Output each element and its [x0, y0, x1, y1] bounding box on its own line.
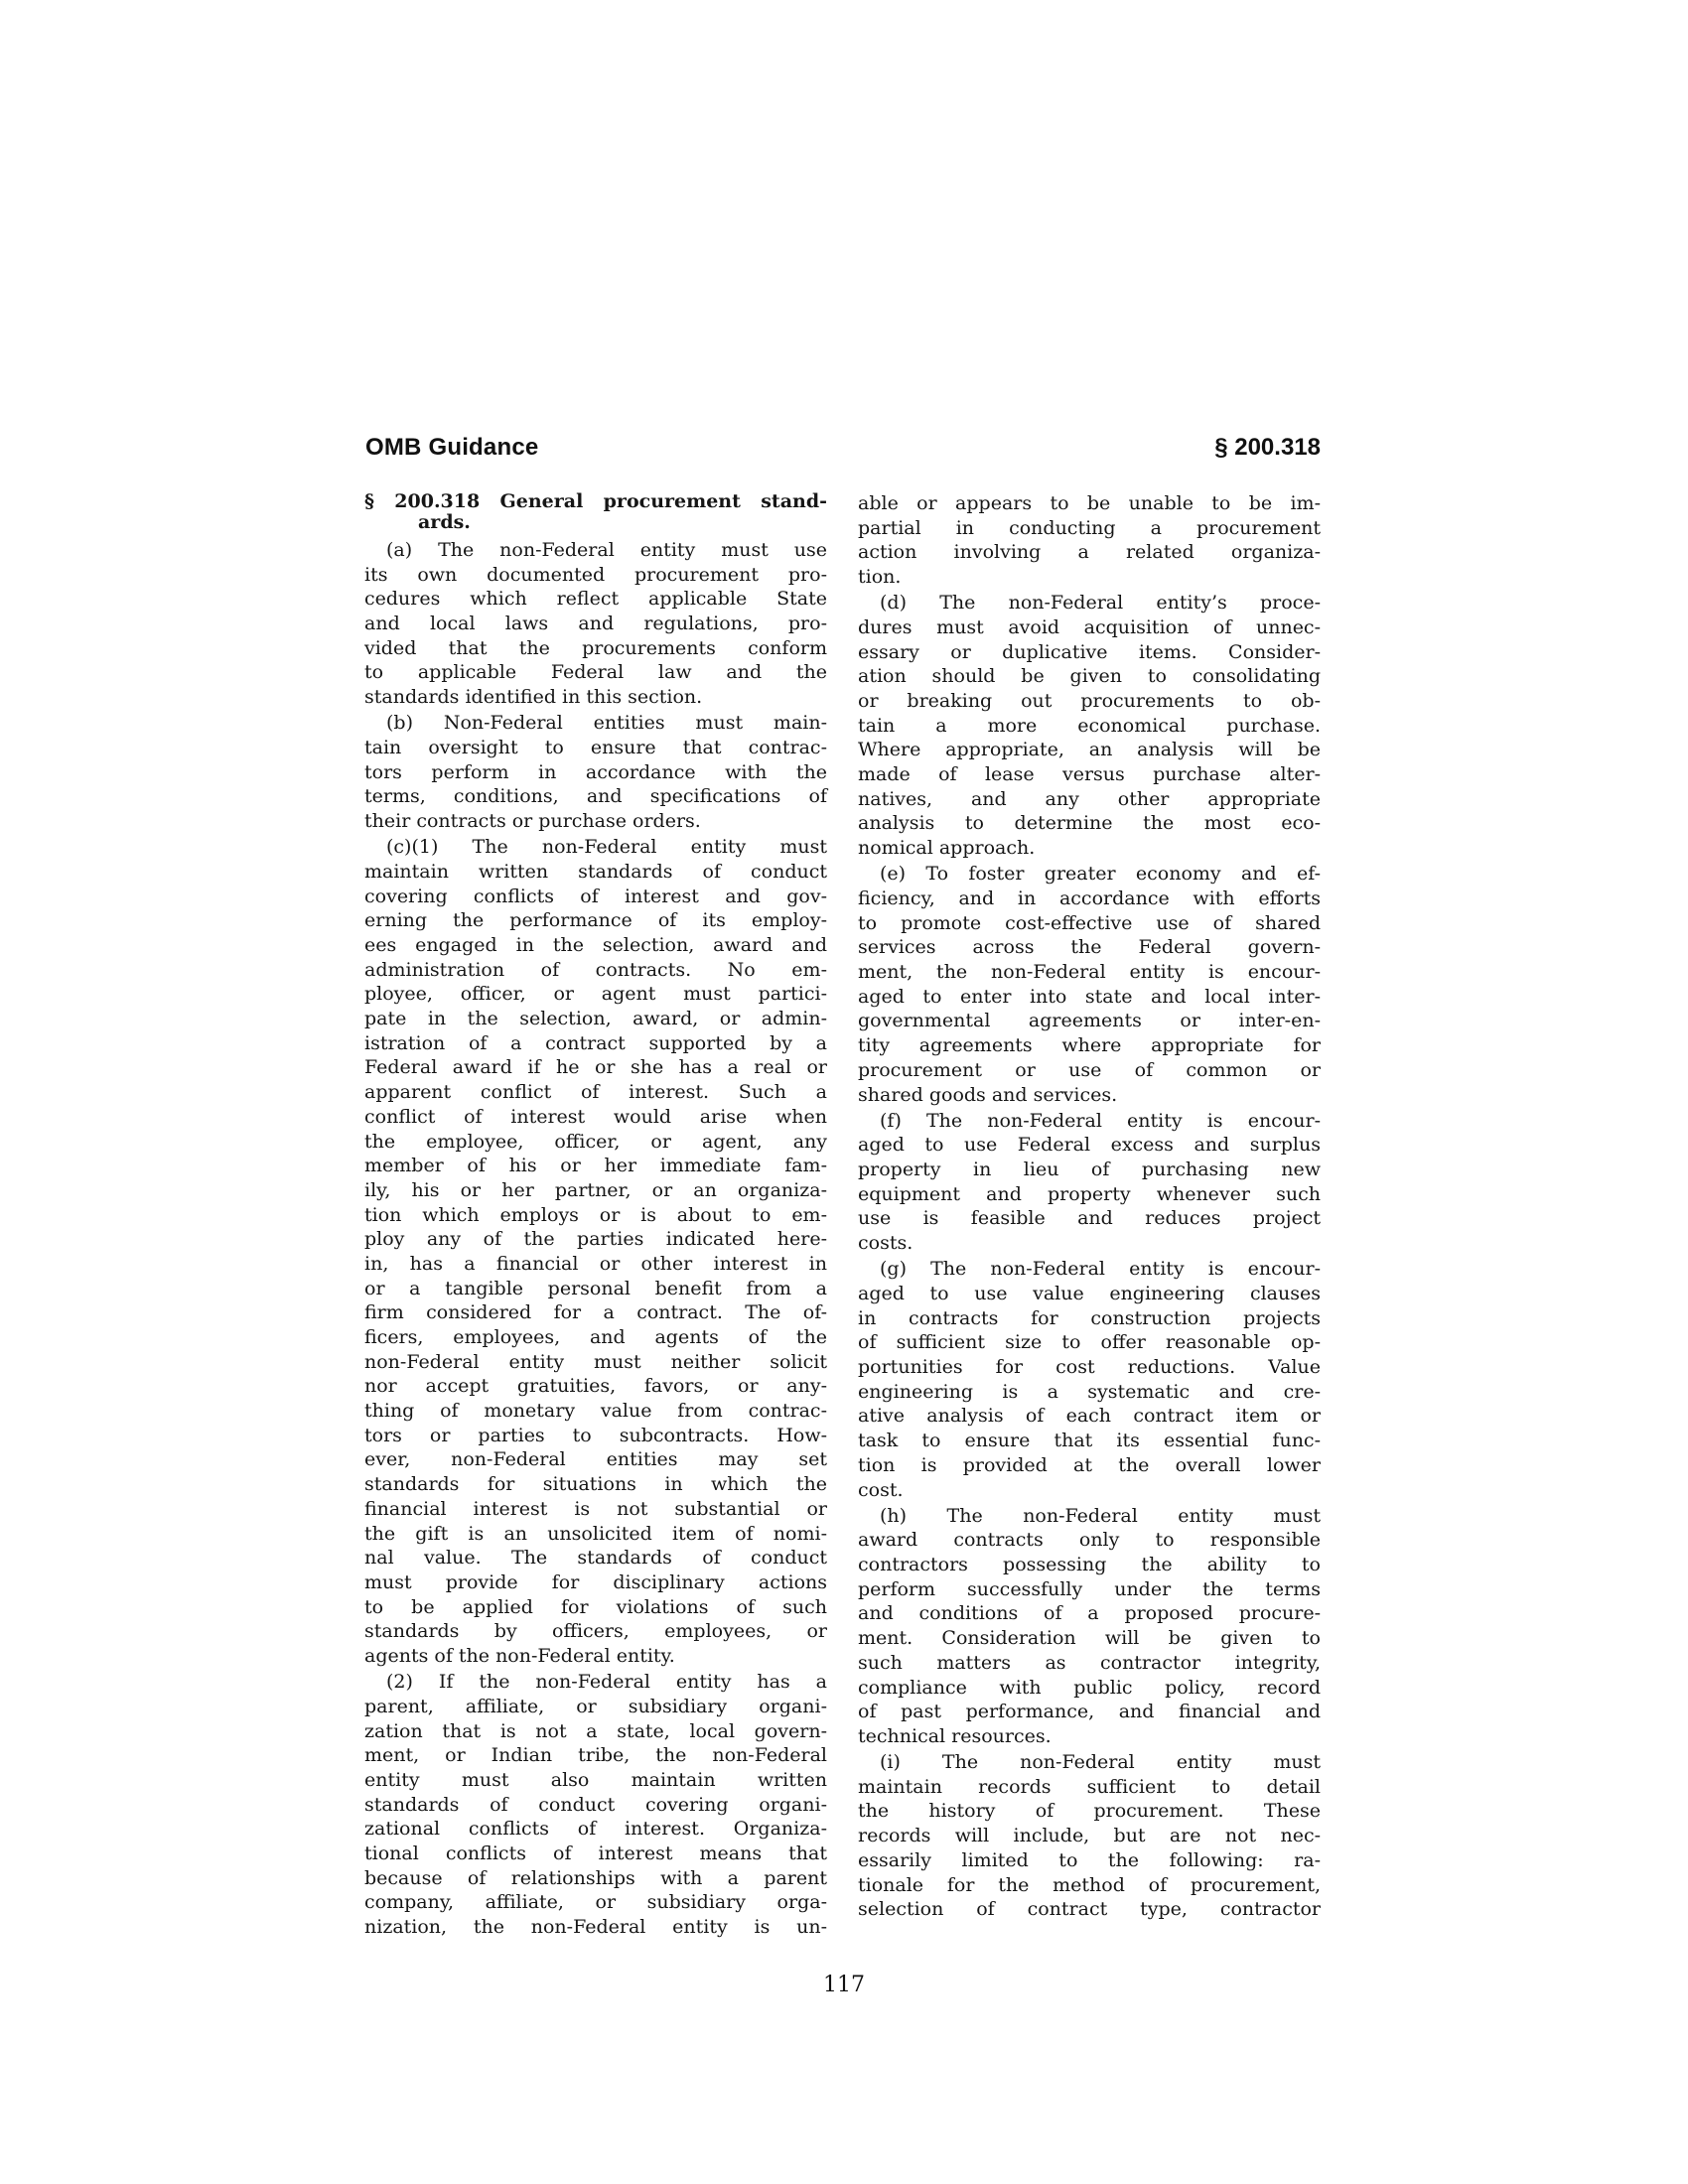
text-line: analysis to determine the most eco-	[858, 811, 1321, 836]
text-line: nor accept gratuities, favors, or any-	[364, 1374, 827, 1399]
text-line: zational conflicts of interest. Organiza…	[364, 1817, 827, 1842]
running-head-section: § 200.318	[1214, 433, 1321, 463]
text-line: conflict of interest would arise when	[364, 1105, 827, 1130]
text-line: non-Federal entity must neither solicit	[364, 1350, 827, 1375]
paragraph: (2) If the non-Federal entity has aparen…	[364, 1670, 827, 1940]
text-line: erning the performance of its employ-	[364, 908, 827, 933]
text-line: (e) To foster greater economy and ef-	[858, 862, 1321, 887]
text-line: entity must also maintain written	[364, 1768, 827, 1793]
text-line: to promote cost-effective use of shared	[858, 911, 1321, 936]
text-line: tain oversight to ensure that contrac-	[364, 736, 827, 760]
text-line: task to ensure that its essential func-	[858, 1429, 1321, 1453]
text-line: aged to use Federal excess and surplus	[858, 1133, 1321, 1158]
text-line: ment, the non-Federal entity is encour-	[858, 960, 1321, 985]
text-line: compliance with public policy, record	[858, 1676, 1321, 1701]
paragraph: (c)(1) The non-Federal entity mustmainta…	[364, 835, 827, 1668]
text-line: tion is provided at the overall lower	[858, 1453, 1321, 1478]
text-line: or a tangible personal benefit from a	[364, 1277, 827, 1301]
text-line: standards identified in this section.	[364, 685, 827, 710]
text-line: maintain written standards of conduct	[364, 860, 827, 885]
text-line: ficiency, and in accordance with efforts	[858, 887, 1321, 911]
text-line: of sufficient size to offer reasonable o…	[858, 1330, 1321, 1355]
text-line: to be applied for violations of such	[364, 1595, 827, 1620]
text-line: selection of contract type, contractor	[858, 1897, 1321, 1922]
paragraph: (d) The non-Federal entity’s proce-dures…	[858, 591, 1321, 861]
text-line: ation should be given to consolidating	[858, 664, 1321, 689]
text-line: to applicable Federal law and the	[364, 660, 827, 685]
right-column: able or appears to be unable to be im-pa…	[858, 491, 1321, 1923]
text-line: tional conflicts of interest means that	[364, 1842, 827, 1866]
page-number: 117	[794, 1971, 894, 2000]
text-line: (f) The non-Federal entity is encour-	[858, 1109, 1321, 1134]
text-line: terms, conditions, and specifications of	[364, 784, 827, 809]
text-line: nomical approach.	[858, 836, 1321, 861]
text-line: their contracts or purchase orders.	[364, 809, 827, 834]
text-line: tain a more economical purchase.	[858, 714, 1321, 739]
text-line: in, has a financial or other interest in	[364, 1252, 827, 1277]
text-line: equipment and property whenever such	[858, 1182, 1321, 1207]
text-line: ploy any of the parties indicated here-	[364, 1227, 827, 1252]
paragraph: (i) The non-Federal entity mustmaintain …	[858, 1750, 1321, 1922]
text-line: perform successfully under the terms	[858, 1577, 1321, 1602]
text-line: vided that the procurements conform	[364, 636, 827, 661]
text-line: agents of the non-Federal entity.	[364, 1644, 827, 1669]
text-line: aged to use value engineering clauses	[858, 1282, 1321, 1306]
text-line: tors perform in accordance with the	[364, 760, 827, 785]
text-line: services across the Federal govern-	[858, 935, 1321, 960]
text-line: member of his or her immediate fam-	[364, 1154, 827, 1178]
text-line: engineering is a systematic and cre-	[858, 1380, 1321, 1405]
text-line: aged to enter into state and local inter…	[858, 985, 1321, 1010]
section-heading-line: ards.	[364, 512, 827, 533]
text-line: firm considered for a contract. The of-	[364, 1300, 827, 1325]
text-line: Where appropriate, an analysis will be	[858, 738, 1321, 762]
text-line: portunities for cost reductions. Value	[858, 1355, 1321, 1380]
left-column-paragraphs: (a) The non-Federal entity must useits o…	[364, 538, 827, 1940]
text-line: the employee, officer, or agent, any	[364, 1130, 827, 1155]
text-line: in contracts for construction projects	[858, 1306, 1321, 1331]
text-line: ily, his or her partner, or an organiza-	[364, 1178, 827, 1203]
text-line: zation that is not a state, local govern…	[364, 1719, 827, 1744]
text-line: tion which employs or is about to em-	[364, 1203, 827, 1228]
paragraph: (a) The non-Federal entity must useits o…	[364, 538, 827, 710]
right-column-paragraphs: able or appears to be unable to be im-pa…	[858, 491, 1321, 1922]
text-line: the history of procurement. These	[858, 1799, 1321, 1824]
paragraph: (f) The non-Federal entity is encour-age…	[858, 1109, 1321, 1256]
text-line: apparent conflict of interest. Such a	[364, 1080, 827, 1105]
text-line: made of lease versus purchase alter-	[858, 762, 1321, 787]
text-line: (i) The non-Federal entity must	[858, 1750, 1321, 1775]
text-line: because of relationships with a parent	[364, 1866, 827, 1891]
text-line: tors or parties to subcontracts. How-	[364, 1424, 827, 1448]
text-line: property in lieu of purchasing new	[858, 1158, 1321, 1182]
text-line: governmental agreements or inter-en-	[858, 1009, 1321, 1033]
text-line: award contracts only to responsible	[858, 1528, 1321, 1553]
text-line: action involving a related organiza-	[858, 540, 1321, 565]
running-head-title: OMB Guidance	[365, 433, 538, 463]
text-line: shared goods and services.	[858, 1083, 1321, 1108]
text-line: partial in conducting a procurement	[858, 516, 1321, 541]
text-line: cost.	[858, 1478, 1321, 1503]
text-line: ees engaged in the selection, award and	[364, 933, 827, 958]
text-line: technical resources.	[858, 1724, 1321, 1749]
text-line: contractors possessing the ability to	[858, 1553, 1321, 1577]
text-line: of past performance, and financial and	[858, 1700, 1321, 1724]
paragraph: (h) The non-Federal entity mustaward con…	[858, 1504, 1321, 1749]
text-line: must provide for disciplinary actions	[364, 1570, 827, 1595]
document-page: OMB Guidance § 200.318 § 200.318 General…	[0, 0, 1688, 2184]
text-line: and local laws and regulations, pro-	[364, 612, 827, 636]
section-heading-line: § 200.318 General procurement stand-	[364, 491, 827, 512]
text-line: records will include, but are not nec-	[858, 1824, 1321, 1848]
text-line: ative analysis of each contract item or	[858, 1404, 1321, 1429]
text-line: parent, affiliate, or subsidiary organi-	[364, 1695, 827, 1719]
text-line: maintain records sufficient to detail	[858, 1775, 1321, 1800]
text-line: costs.	[858, 1231, 1321, 1256]
running-head: OMB Guidance § 200.318	[365, 433, 1321, 463]
text-line: procurement or use of common or	[858, 1058, 1321, 1083]
text-line: such matters as contractor integrity,	[858, 1651, 1321, 1676]
text-line: (g) The non-Federal entity is encour-	[858, 1257, 1321, 1282]
text-line: thing of monetary value from contrac-	[364, 1399, 827, 1424]
text-line: dures must avoid acquisition of unnec-	[858, 615, 1321, 640]
text-line: its own documented procurement pro-	[364, 563, 827, 588]
text-line: (d) The non-Federal entity’s proce-	[858, 591, 1321, 615]
text-line: standards of conduct covering organi-	[364, 1793, 827, 1818]
text-line: (a) The non-Federal entity must use	[364, 538, 827, 563]
text-line: administration of contracts. No em-	[364, 958, 827, 983]
text-line: ment. Consideration will be given to	[858, 1626, 1321, 1651]
paragraph: (e) To foster greater economy and ef-fic…	[858, 862, 1321, 1107]
text-line: standards for situations in which the	[364, 1472, 827, 1497]
left-column: § 200.318 General procurement stand- ard…	[364, 491, 827, 1941]
text-line: cedures which reflect applicable State	[364, 587, 827, 612]
text-line: essary or duplicative items. Consider-	[858, 640, 1321, 665]
text-line: ficers, employees, and agents of the	[364, 1325, 827, 1350]
text-line: tion.	[858, 565, 1321, 590]
text-line: nal value. The standards of conduct	[364, 1546, 827, 1570]
text-line: standards by officers, employees, or	[364, 1619, 827, 1644]
text-line: (2) If the non-Federal entity has a	[364, 1670, 827, 1695]
text-line: natives, and any other appropriate	[858, 787, 1321, 812]
text-line: use is feasible and reduces project	[858, 1206, 1321, 1231]
text-line: financial interest is not substantial or	[364, 1497, 827, 1522]
section-heading: § 200.318 General procurement stand- ard…	[364, 491, 827, 533]
text-line: nization, the non-Federal entity is un-	[364, 1915, 827, 1940]
text-line: essarily limited to the following: ra-	[858, 1848, 1321, 1873]
text-line: (h) The non-Federal entity must	[858, 1504, 1321, 1529]
text-line: company, affiliate, or subsidiary orga-	[364, 1890, 827, 1915]
text-line: ment, or Indian tribe, the non-Federal	[364, 1743, 827, 1768]
text-line: (c)(1) The non-Federal entity must	[364, 835, 827, 860]
text-line: the gift is an unsolicited item of nomi-	[364, 1522, 827, 1547]
paragraph: (b) Non-Federal entities must main-tain …	[364, 711, 827, 833]
text-line: and conditions of a proposed procure-	[858, 1601, 1321, 1626]
paragraph: able or appears to be unable to be im-pa…	[858, 491, 1321, 590]
text-line: Federal award if he or she has a real or	[364, 1055, 827, 1080]
text-line: pate in the selection, award, or admin-	[364, 1007, 827, 1031]
paragraph: (g) The non-Federal entity is encour-age…	[858, 1257, 1321, 1502]
text-line: tionale for the method of procurement,	[858, 1873, 1321, 1898]
text-line: covering conflicts of interest and gov-	[364, 885, 827, 909]
text-line: istration of a contract supported by a	[364, 1031, 827, 1056]
text-line: ever, non-Federal entities may set	[364, 1447, 827, 1472]
text-line: tity agreements where appropriate for	[858, 1033, 1321, 1058]
text-line: ployee, officer, or agent must partici-	[364, 982, 827, 1007]
text-line: able or appears to be unable to be im-	[858, 491, 1321, 516]
text-line: (b) Non-Federal entities must main-	[364, 711, 827, 736]
text-line: or breaking out procurements to ob-	[858, 689, 1321, 714]
